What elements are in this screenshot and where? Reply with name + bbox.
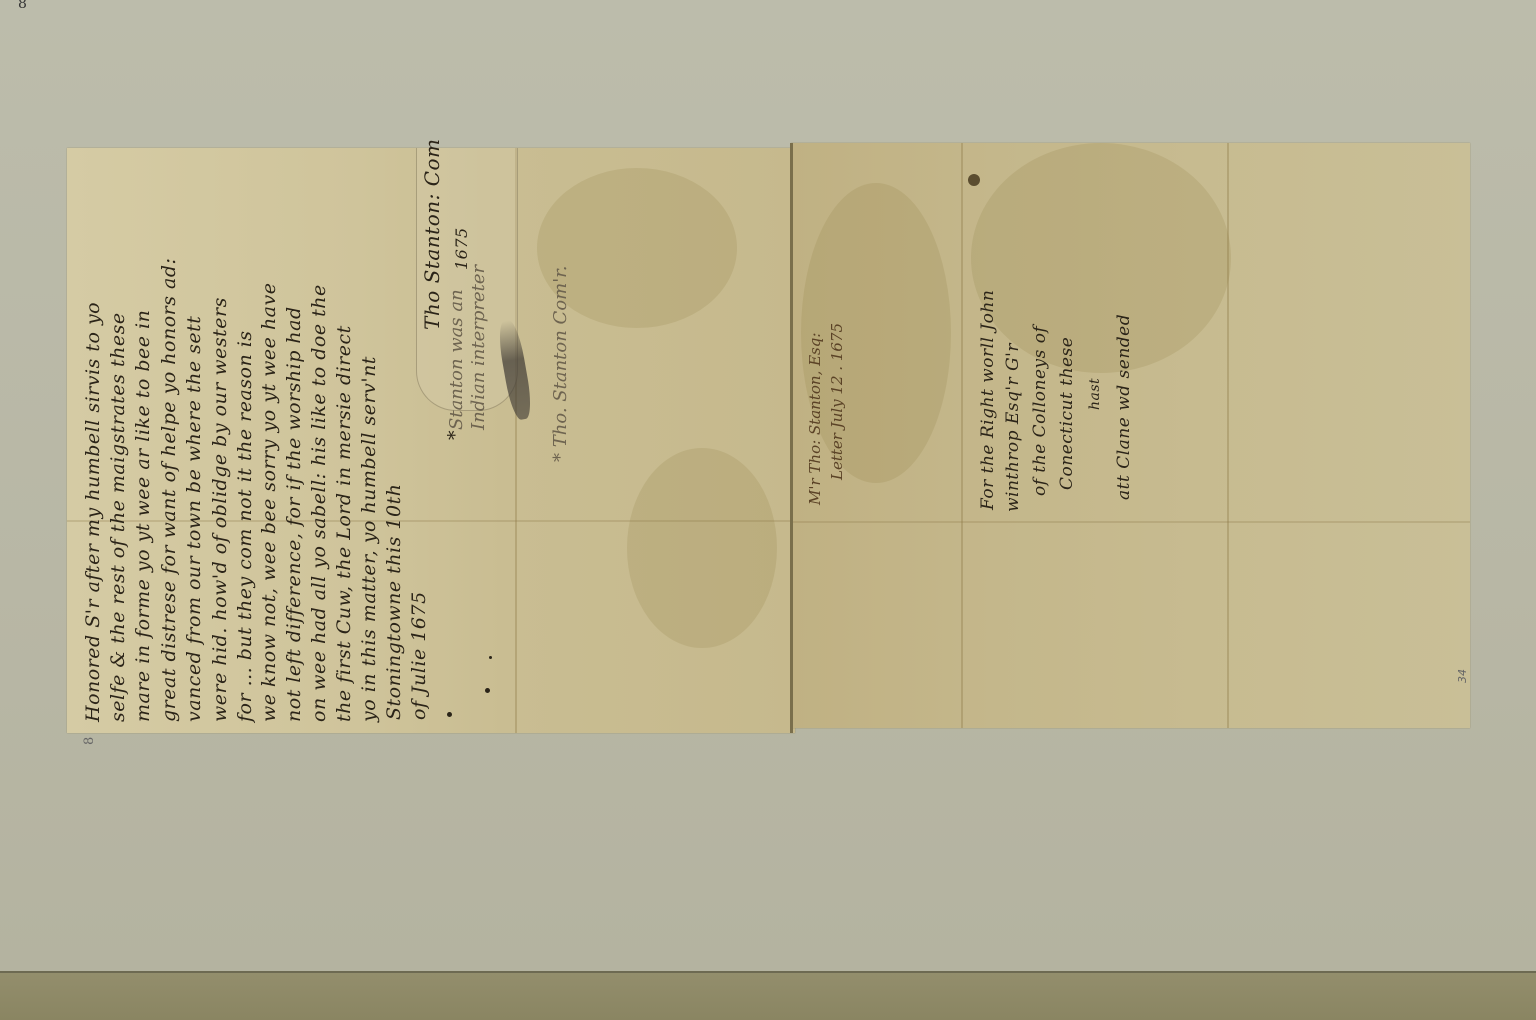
- letter-line: not left difference, for if the worship …: [283, 306, 305, 722]
- ink-dot: [489, 656, 492, 659]
- signature-year: 1675: [452, 227, 471, 270]
- docket-line: Letter July 12 . 1675: [828, 323, 846, 480]
- ink-dot: [447, 712, 452, 717]
- letter-line: selfe & the rest of the maigstrates thes…: [107, 312, 129, 722]
- address-line: att Clane wd sended: [1114, 314, 1134, 500]
- letter-date-place: Stoningtowne this 10th: [383, 484, 405, 720]
- letter-line: for ... but they com not it the reason i…: [234, 330, 256, 722]
- address-line: hast: [1087, 378, 1103, 410]
- seal-mark: [968, 174, 980, 186]
- signature: Tho Stanton: Com: [420, 138, 444, 330]
- letter-line: great distrese for want of helpe yo hono…: [158, 258, 180, 722]
- address-line: Conecticut these: [1057, 337, 1077, 490]
- paper-stain: [627, 448, 777, 648]
- letter-line: on wee had all yo sabell: his like to do…: [308, 284, 330, 722]
- letter-line: vanced from our town be where the sett: [183, 316, 205, 722]
- mount-base: [0, 973, 1536, 1020]
- letter-line: the first Cuw, the Lord in mersie direct: [333, 325, 355, 722]
- paper-stain: [971, 143, 1231, 373]
- fold-line: [961, 143, 963, 728]
- address-line: winthrop Esq'r G'r: [1003, 343, 1023, 512]
- address-line: of the Colloneys of: [1030, 326, 1050, 496]
- margin-number: 8: [82, 737, 97, 745]
- corner-mark: 8: [18, 0, 27, 12]
- folio-number: 34: [1456, 669, 1469, 683]
- docket-line: M'r Tho: Stanton, Esq:: [806, 333, 824, 505]
- letter-line: we know not, wee bee sorry yo yt wee hav…: [258, 283, 280, 723]
- ink-dot: [485, 688, 490, 693]
- pencil-name-annotation: * Tho. Stanton Com'r.: [550, 265, 571, 462]
- pencil-note-line: Indian interpreter: [468, 265, 489, 430]
- letter-line: were hid. how'd of oblidge by our wester…: [209, 297, 231, 722]
- letter-date: of Julie 1675: [408, 591, 430, 720]
- address-line: For the Right worll John: [978, 290, 998, 510]
- pencil-note-line: Stanton was an: [446, 289, 467, 430]
- letter-line: yo in this matter, yo humbell serv'nt: [358, 356, 380, 722]
- asterisk-mark: *: [444, 430, 466, 440]
- sheet-join-edge: [790, 143, 793, 733]
- letter-line: Honored S'r after my humbell sirvis to y…: [82, 302, 104, 722]
- fold-line: [791, 521, 1470, 523]
- letter-line: mare in forme yo yt wee ar like to bee i…: [132, 310, 154, 722]
